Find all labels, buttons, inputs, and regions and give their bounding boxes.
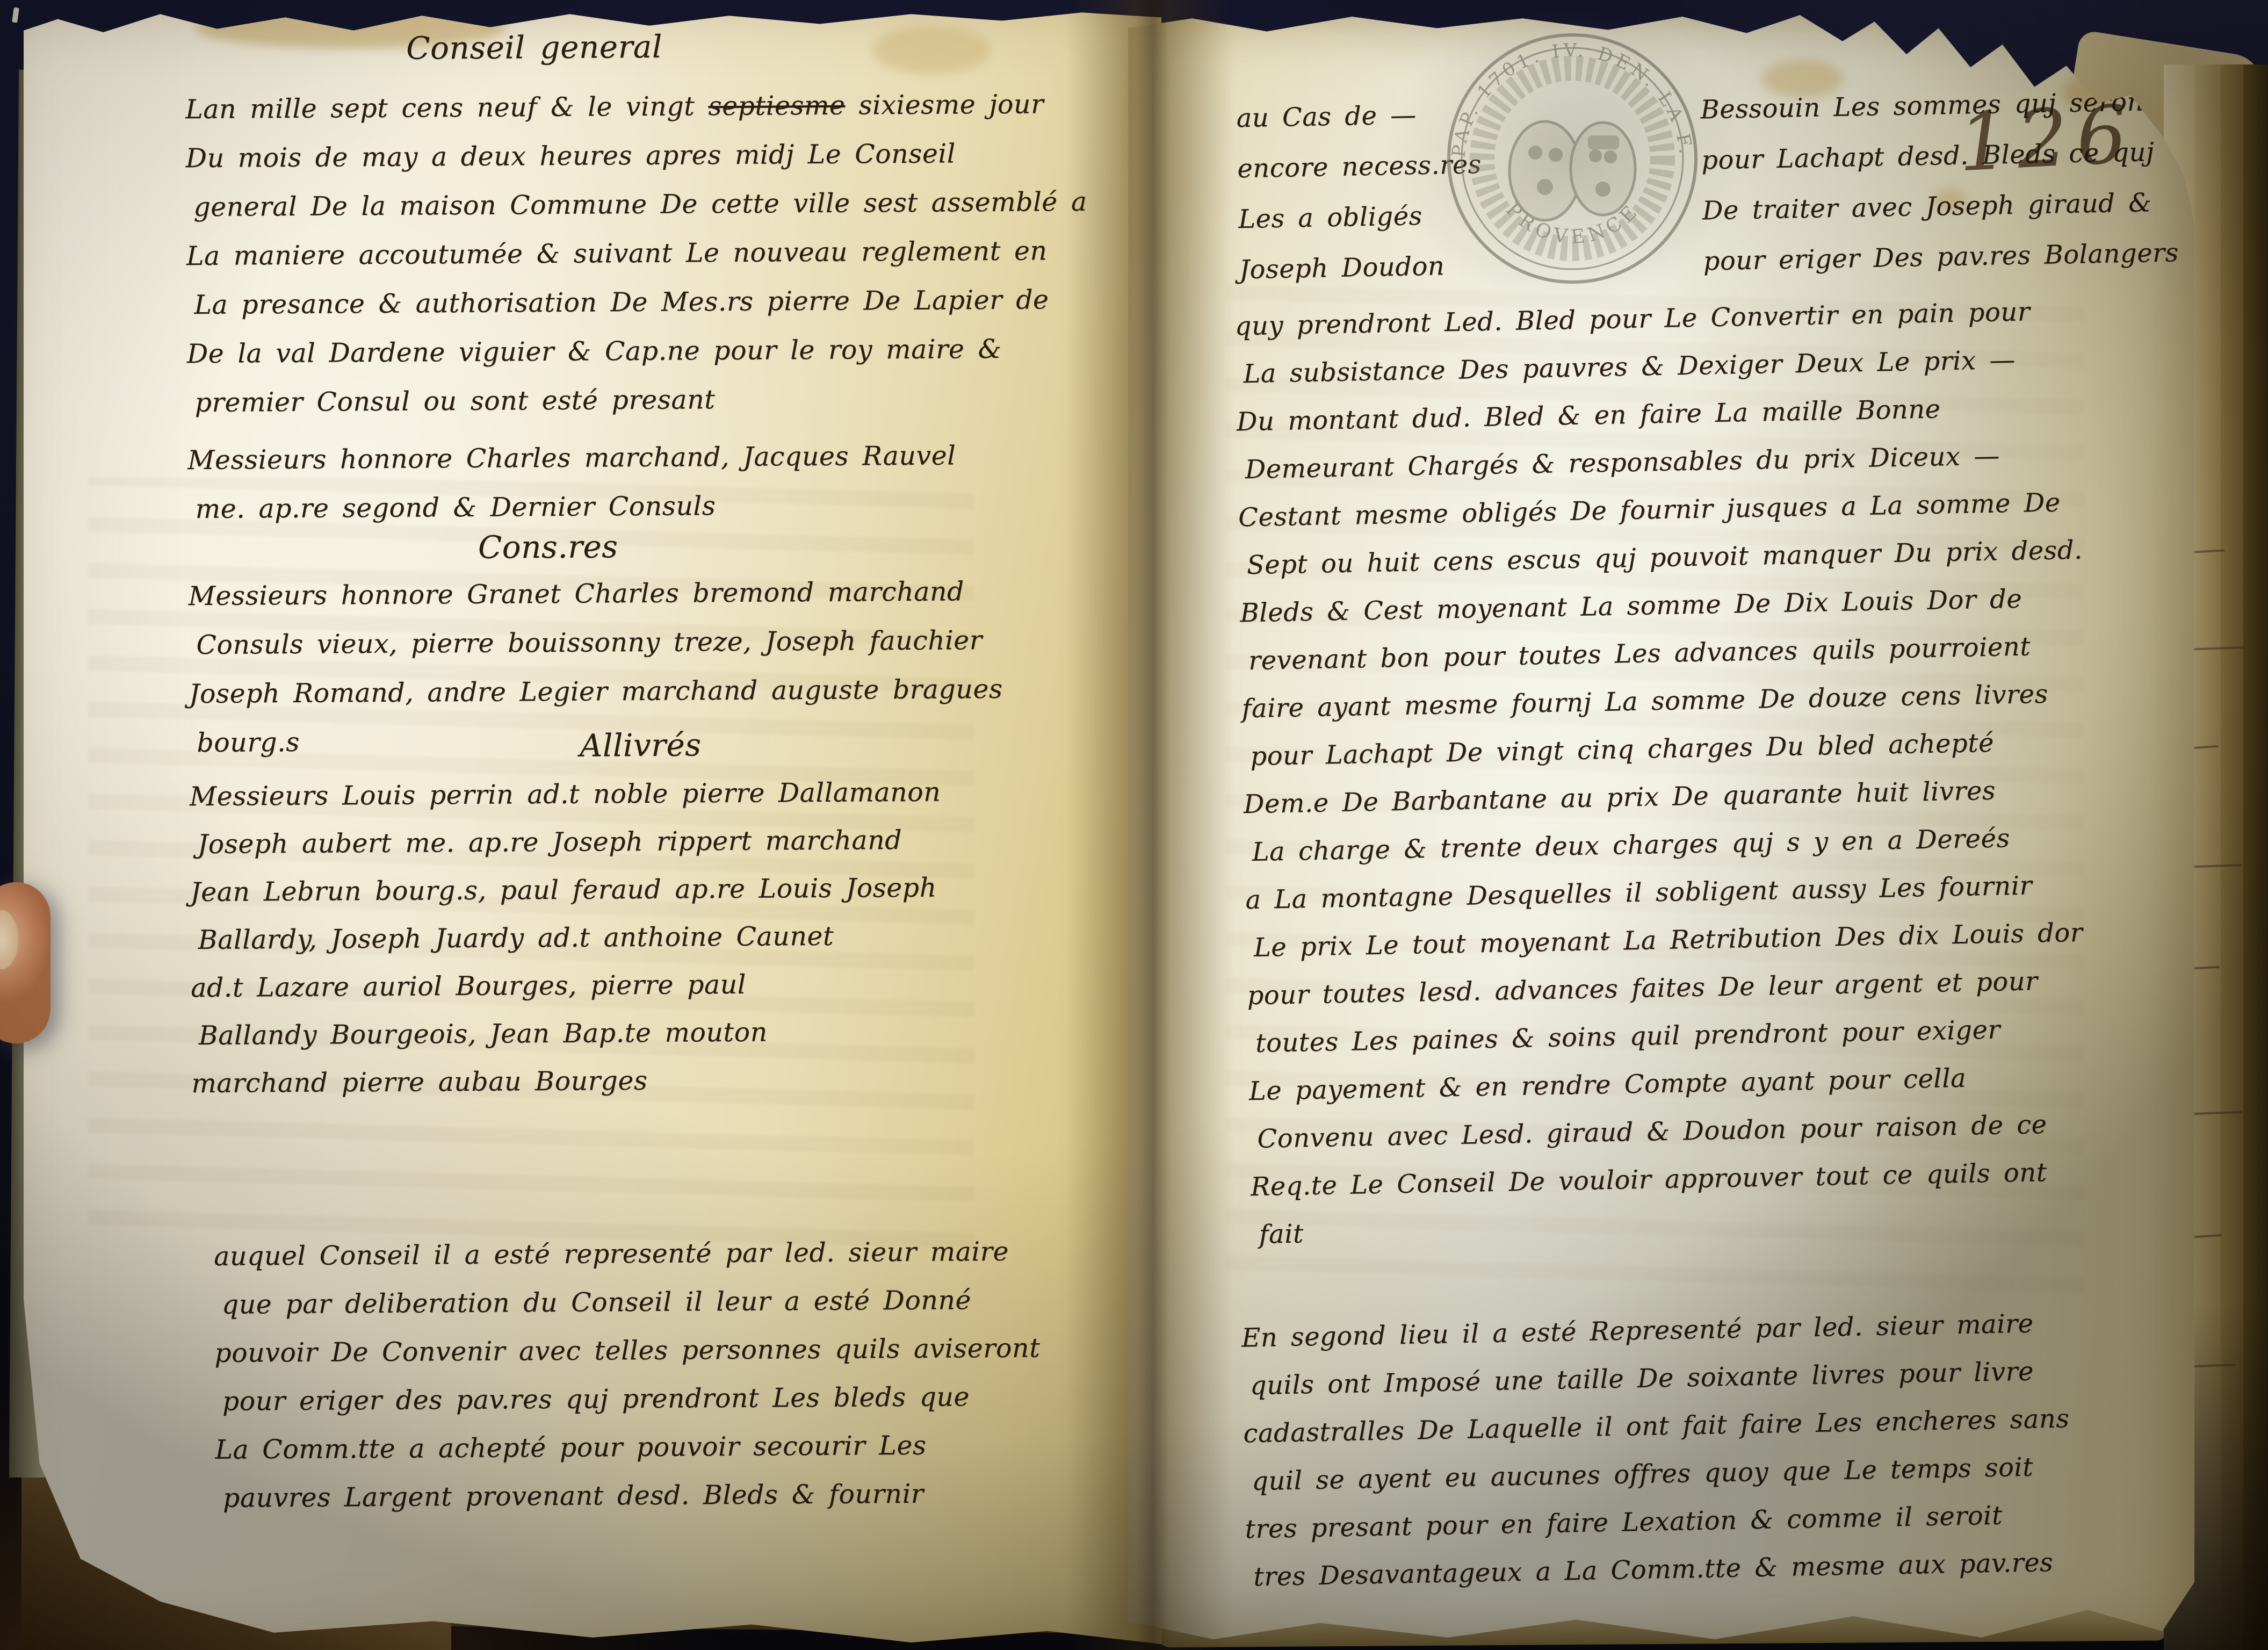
opening-pre: Lan mille sept cens neuf & le vingt (185, 91, 709, 125)
handwritten-line: auquel Conseil il a esté representé par … (214, 1227, 1039, 1280)
handwritten-line: De la val Dardene viguier & Cap.ne pour … (187, 324, 1088, 378)
handwritten-line: pour eriger des pav.res quj prendront Le… (222, 1372, 1041, 1425)
handwritten-line: premier Consul ou sont esté presant (194, 373, 1088, 427)
handwritten-line: pauvres Largent provenant desd. Bleds & … (223, 1469, 1041, 1522)
opening-paragraph: Lan mille sept cens neuf & le vingt sept… (185, 80, 1088, 427)
stamp-ink-smudge (1389, 5, 1743, 306)
manuscript-photo: Conseil general Lan mille sept cens neuf… (0, 0, 2268, 1650)
handwritten-line: La Comm.tte a achepté pour pouvoir secou… (215, 1421, 1041, 1474)
handwritten-line: Du mois de may a deux heures apres midj … (185, 128, 1087, 183)
agreement-paragraph: quy prendront Led. Bled pour Le Converti… (1234, 287, 2095, 1259)
handwritten-line: Ballandy Bourgeois, Jean Bap.te mouton (198, 1007, 942, 1060)
opening-rest: Du mois de may a deux heures apres midj … (185, 128, 1088, 427)
handwritten-line: Messieurs Louis perrin ad.t noble pierre… (190, 768, 941, 821)
handwritten-line: general De la maison Commune De cette vi… (193, 177, 1087, 232)
handwritten-line: que par deliberation du Conseil il leur … (222, 1276, 1040, 1329)
allivres-heading: Allivrés (528, 726, 753, 765)
fingernail (0, 910, 18, 969)
handwritten-line: Ballardy, Joseph Juardy ad.t anthoine Ca… (198, 912, 942, 964)
handwritten-line: Joseph aubert me. ap.re Joseph rippert m… (197, 816, 941, 868)
wrap-right-fragment: De traiter avec Joseph giraud & (1702, 179, 2152, 235)
consuls-paragraph: Messieurs honnore Charles marchand, Jacq… (187, 431, 956, 534)
handwritten-line: ad.t Lazare auriol Bourges, pierre paul (191, 960, 942, 1012)
wrap-left-fragment: Les a obligés (1238, 192, 1422, 243)
wrap-left-fragment: au Cas de — (1236, 91, 1417, 142)
handwritten-line: Consuls vieux, pierre bouissonny treze, … (196, 616, 1002, 669)
opening-post: sixiesme jour (845, 89, 1044, 120)
handwritten-line: Messieurs honnore Charles marchand, Jacq… (187, 431, 956, 485)
conseillers-heading: Cons.res (435, 528, 661, 566)
deliberation-paragraph: auquel Conseil il a esté representé par … (214, 1227, 1041, 1522)
handwritten-line: Joseph Romand, andre Legier marchand aug… (189, 665, 1003, 718)
handwritten-line: Jean Lebrun bourg.s, paul feraud ap.re L… (190, 864, 942, 917)
wrap-right-fragment: pour eriger Des pav.res Bolangers (1703, 229, 2179, 285)
wrap-right-fragment: pour Lachapt desd. Bleds ce quj (1701, 128, 2155, 184)
handwritten-line: pouvoir De Convenir avec telles personne… (214, 1324, 1040, 1377)
handwritten-line: Lan mille sept cens neuf & le vingt sept… (185, 80, 1087, 134)
second-deliberation-paragraph: En segond lieu il a esté Representé par … (1241, 1299, 2072, 1601)
handwritten-line: La presance & authorisation De Mes.rs pi… (194, 275, 1088, 329)
struck-word: septiesme (708, 90, 845, 122)
allivres-paragraph: Messieurs Louis perrin ad.t noble pierre… (190, 768, 943, 1108)
left-page: Conseil general Lan mille sept cens neuf… (24, 4, 1161, 1644)
section-heading: Conseil general (346, 28, 722, 67)
paper-stain (872, 26, 991, 74)
reader-fingertip (0, 882, 50, 1043)
wrap-left-fragment: Joseph Doudon (1239, 242, 1445, 294)
handwritten-line: marchand pierre aubau Bourges (191, 1055, 943, 1108)
corner-speck (12, 7, 19, 23)
handwritten-line: Messieurs honnore Granet Charles bremond… (188, 567, 1002, 621)
handwritten-line: me. ap.re segond & Dernier Consuls (195, 480, 956, 534)
handwritten-line: La maniere accoutumée & suivant Le nouve… (186, 226, 1088, 280)
